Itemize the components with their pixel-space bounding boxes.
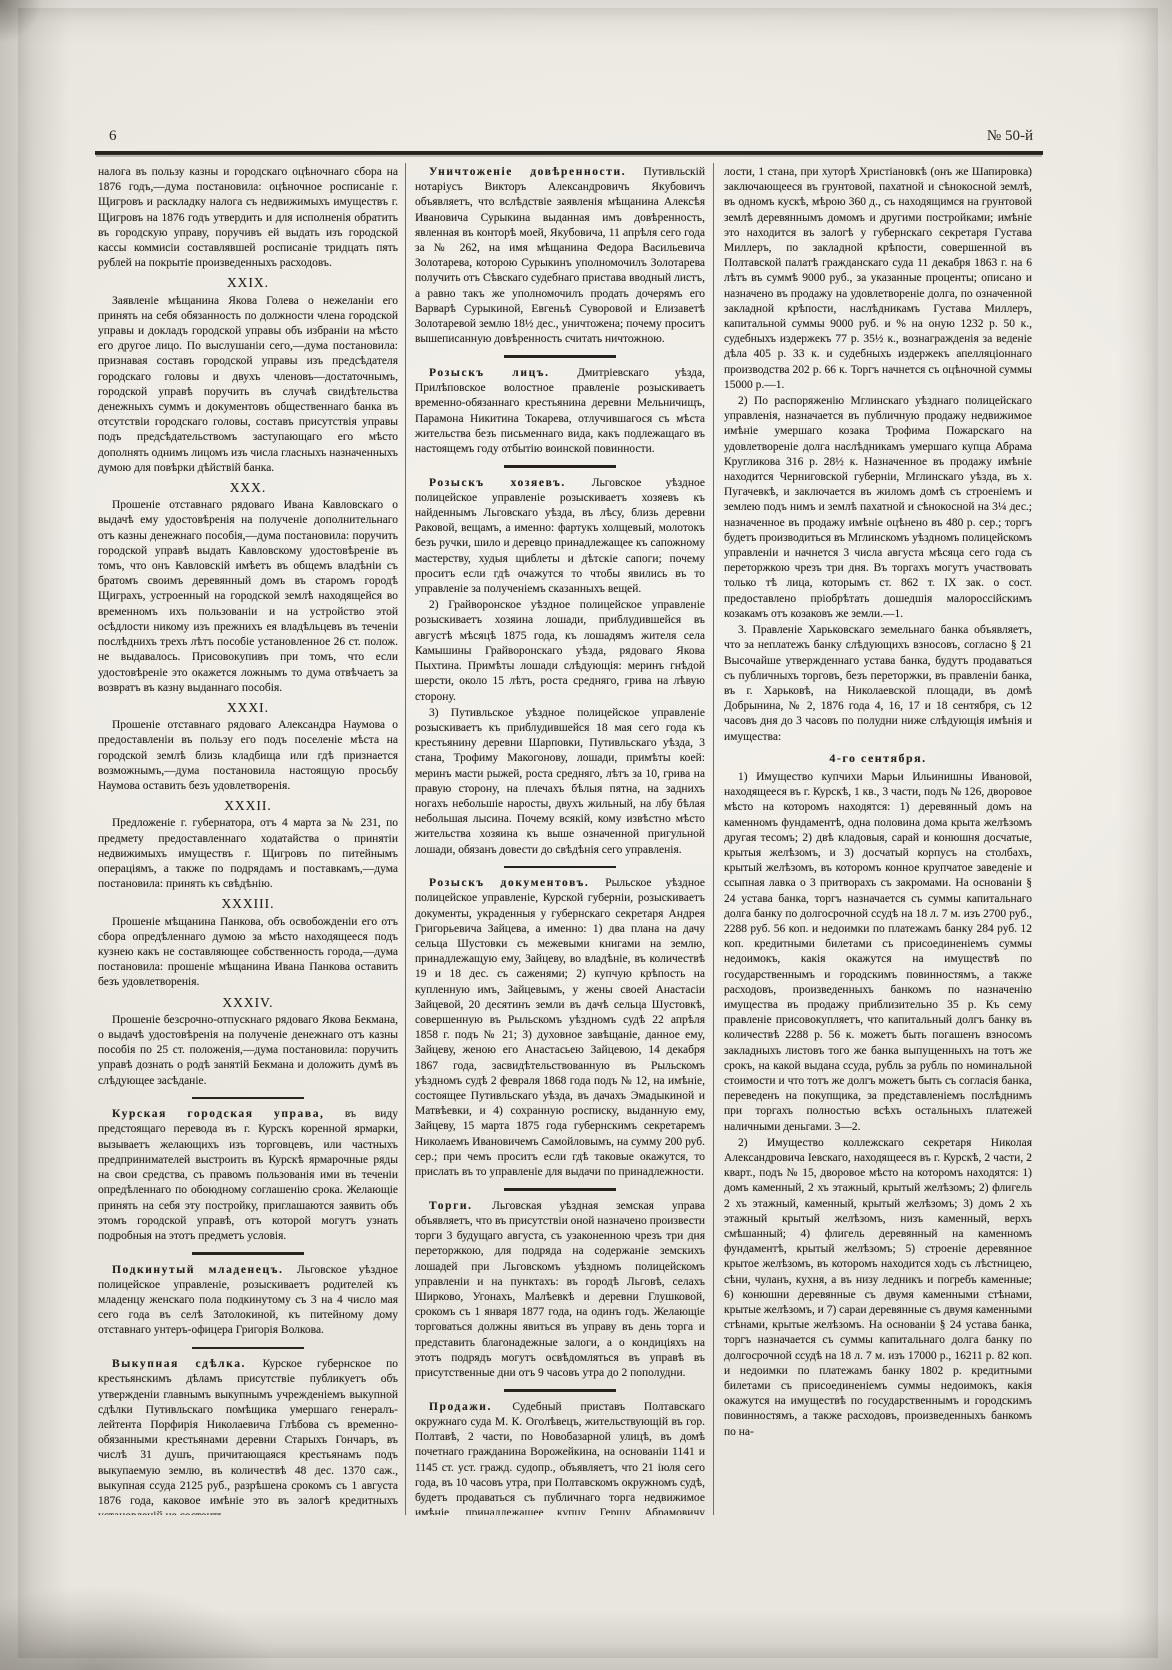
paragraph: Уничтоженіе довѣренности. Путивльскій но… xyxy=(415,165,705,347)
column-2: Уничтоженіе довѣренности. Путивльскій но… xyxy=(406,163,713,1515)
running-head: 6 № 50-й xyxy=(95,128,1043,151)
paragraph: Розыскъ лицъ. Дмитріевскаго уѣзда, Прилѣ… xyxy=(415,366,705,457)
paragraph: Заявленіе мѣщанина Якова Голева о нежела… xyxy=(98,294,398,476)
paragraph: Предложеніе г. губернатора, отъ 4 марта … xyxy=(98,816,398,892)
article-lead: Уничтоженіе довѣренности. xyxy=(429,166,643,178)
paragraph: Прошеніе мѣщанина Панкова, объ освобожде… xyxy=(98,915,398,991)
paragraph: Продажи. Судебный приставъ Полтавскаго о… xyxy=(415,1400,705,1515)
paragraph: налога въ пользу казны и городскаго оцѣн… xyxy=(98,165,398,271)
columns: налога въ пользу казны и городскаго оцѣн… xyxy=(95,163,1043,1515)
section-heading: XXXIII. xyxy=(98,896,398,911)
section-heading: XXXI. xyxy=(98,700,398,715)
page-content: 6 № 50-й налога въ пользу казны и городс… xyxy=(95,128,1043,1515)
article-divider xyxy=(192,1252,304,1255)
page-number: 6 xyxy=(109,128,117,145)
date-subheading: 4-го сентября. xyxy=(724,751,1032,766)
paragraph: 2) По распоряженію Мглинскаго уѣзднаго п… xyxy=(724,394,1032,622)
paragraph: Прошеніе отставнаго рядоваго Александра … xyxy=(98,718,398,794)
article-lead: Розыскъ документовъ. xyxy=(429,877,605,889)
article-divider xyxy=(504,465,616,468)
section-heading: XXXII. xyxy=(98,798,398,813)
article-lead: Подкинутый младенецъ. xyxy=(112,1264,297,1276)
article-lead: Курская городская управа, xyxy=(112,1108,345,1120)
article-divider xyxy=(192,1097,304,1100)
section-heading: XXXIV. xyxy=(98,995,398,1010)
article-lead: Розыскъ хозяевъ. xyxy=(429,477,592,489)
paragraph: Подкинутый младенецъ. Льговское уѣздное … xyxy=(98,1263,398,1339)
column-1: налога въ пользу казны и городскаго оцѣн… xyxy=(95,163,405,1515)
paragraph: Прошеніе отставнаго рядоваго Ивана Кавло… xyxy=(98,498,398,696)
article-divider xyxy=(504,866,616,869)
paragraph: 3. Правленіе Харьковскаго земельнаго бан… xyxy=(724,623,1032,745)
article-divider xyxy=(192,1347,304,1350)
article-divider xyxy=(504,1188,616,1191)
column-3: лости, 1 стана, при хуторѣ Христіановкѣ … xyxy=(714,163,1032,1515)
column-divider-2 xyxy=(713,163,714,1515)
article-lead: Выкупная сдѣлка. xyxy=(112,1358,263,1370)
issue-number: № 50-й xyxy=(987,128,1033,145)
article-lead: Торги. xyxy=(429,1200,492,1212)
article-lead: Продажи. xyxy=(429,1401,512,1413)
paragraph: Розыскъ документовъ. Рыльское уѣздное по… xyxy=(415,876,705,1180)
paragraph: лости, 1 стана, при хуторѣ Христіановкѣ … xyxy=(724,165,1032,393)
paragraph: 1) Имущество купчихи Марьи Ильинишны Ива… xyxy=(724,770,1032,1135)
paragraph: Розыскъ хозяевъ. Льговское уѣздное полиц… xyxy=(415,476,705,598)
article-divider xyxy=(504,1389,616,1392)
paragraph: 2) Имущество коллежскаго секретаря Никол… xyxy=(724,1136,1032,1440)
section-heading: XXIX. xyxy=(98,275,398,290)
section-heading: XXX. xyxy=(98,480,398,495)
article-lead: Розыскъ лицъ. xyxy=(429,367,577,379)
column-divider-1 xyxy=(405,163,406,1515)
paragraph: Курская городская управа, въ виду предст… xyxy=(98,1107,398,1244)
article-divider xyxy=(504,355,616,358)
paragraph: Выкупная сдѣлка. Курское губернское по к… xyxy=(98,1357,398,1515)
paragraph: Торги. Льговская уѣздная земская управа … xyxy=(415,1199,705,1381)
paragraph: 2) Грайворонское уѣздное полицейское упр… xyxy=(415,598,705,704)
paragraph: 3) Путивльское уѣздное полицейское управ… xyxy=(415,706,705,858)
header-rule xyxy=(95,151,1043,155)
paragraph: Прошеніе безсрочно-отпускнаго рядоваго Я… xyxy=(98,1013,398,1089)
